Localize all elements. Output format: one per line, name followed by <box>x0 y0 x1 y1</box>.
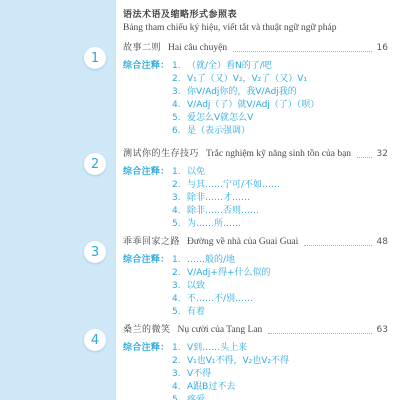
note-text: A跟B过不去 <box>187 381 388 394</box>
note-text: V₁了（又）V₂，V₂了（又）V₁ <box>187 73 388 86</box>
note-number: 4. <box>172 99 187 112</box>
section-title-row: 乖乖回家之路 Đường về nhà của Guai Guai 48 <box>123 236 388 249</box>
note-text: （就/全）看N的了/吧 <box>187 60 388 73</box>
note-row: 5.爱怎么V就怎么V <box>123 112 388 125</box>
note-text: 除非……否则…… <box>187 205 388 218</box>
notes-list: 综合注释：1.V到……头上来2.V₁也V₁不得，V₂也V₂不得3.V不得4.A跟… <box>123 342 388 400</box>
note-text: V₁也V₁不得，V₂也V₂不得 <box>187 355 388 368</box>
notes-label <box>123 86 172 99</box>
note-number: 1. <box>172 166 187 179</box>
notes-label <box>123 293 172 306</box>
toc-content: 语法术语及缩略形式参照表 Bảng tham chiếu ký hiệu, vi… <box>123 0 388 400</box>
section-title-zh: 乖乖回家之路 <box>123 236 180 249</box>
header-title-zh: 语法术语及缩略形式参照表 <box>123 8 388 22</box>
notes-list: 综合注释：1.以免2.与其……宁可/不如……3.除非……才……4.除非……否则…… <box>123 166 388 231</box>
note-number: 3. <box>172 368 187 381</box>
note-row: 4.V/Adj（了）就V/Adj（了）（呗） <box>123 99 388 112</box>
note-number: 1. <box>172 60 187 73</box>
section-title-zh: 故事二则 <box>123 42 161 55</box>
dotted-leader <box>268 333 371 334</box>
section-number-badge: 4 <box>84 329 106 351</box>
note-text: 与其……宁可/不如…… <box>187 179 388 192</box>
section-title-row: 测试你的生存技巧 Trắc nghiệm kỹ năng sinh tồn củ… <box>123 148 388 161</box>
notes-label <box>123 179 172 192</box>
note-text: V到……头上来 <box>187 342 388 355</box>
section-number-badge: 1 <box>84 47 106 69</box>
note-row: 3.V不得 <box>123 368 388 381</box>
note-row: 6.是（表示强调） <box>123 125 388 138</box>
section-number-badge: 3 <box>84 241 106 263</box>
section-number-badge: 2 <box>84 153 106 175</box>
note-text: 以免 <box>187 166 388 179</box>
note-row: 2.V₁也V₁不得，V₂也V₂不得 <box>123 355 388 368</box>
note-row: 2.V₁了（又）V₂，V₂了（又）V₁ <box>123 73 388 86</box>
note-number: 4. <box>172 381 187 394</box>
section-title-row: 故事二则 Hai câu chuyện 16 <box>123 42 388 55</box>
notes-label <box>123 205 172 218</box>
note-text: 是（表示强调） <box>187 125 388 138</box>
dotted-leader <box>233 51 371 52</box>
page-number: 63 <box>377 324 388 337</box>
note-row: 3.以致 <box>123 280 388 293</box>
toc-page: 语法术语及缩略形式参照表 Bảng tham chiếu ký hiệu, vi… <box>0 0 400 400</box>
note-text: 爱怎么V就怎么V <box>187 112 388 125</box>
note-number: 4. <box>172 293 187 306</box>
note-row: 4.不……不/别…… <box>123 293 388 306</box>
note-number: 4. <box>172 205 187 218</box>
note-number: 1. <box>172 342 187 355</box>
note-text: 你V/Adj你的，我V/Adj我的 <box>187 86 388 99</box>
note-number: 3. <box>172 192 187 205</box>
note-row: 5.疼爱 <box>123 394 388 400</box>
notes-label: 综合注释： <box>123 166 172 179</box>
note-text: 有着 <box>187 306 388 319</box>
section-title-vi: Đường về nhà của Guai Guai <box>187 236 298 249</box>
note-number: 2. <box>172 179 187 192</box>
note-text: 为……所…… <box>187 218 388 231</box>
note-row: 综合注释：1.以免 <box>123 166 388 179</box>
note-row: 4.除非……否则…… <box>123 205 388 218</box>
note-row: 综合注释：1.（就/全）看N的了/吧 <box>123 60 388 73</box>
notes-label <box>123 368 172 381</box>
note-number: 1. <box>172 254 187 267</box>
header-title-vi: Bảng tham chiếu ký hiệu, viết tắt và thu… <box>123 22 388 35</box>
toc-section: 乖乖回家之路 Đường về nhà của Guai Guai 48 综合注… <box>123 236 388 319</box>
toc-header: 语法术语及缩略形式参照表 Bảng tham chiếu ký hiệu, vi… <box>123 8 388 35</box>
notes-label <box>123 218 172 231</box>
section-title-vi: Hai câu chuyện <box>168 42 227 55</box>
section-title-vi: Nụ cười của Tang Lan <box>178 324 263 337</box>
dotted-leader <box>357 157 372 158</box>
note-text: 除非……才…… <box>187 192 388 205</box>
toc-section: 故事二则 Hai câu chuyện 16 综合注释：1.（就/全）看N的了/… <box>123 42 388 138</box>
note-text: V不得 <box>187 368 388 381</box>
note-number: 2. <box>172 73 187 86</box>
notes-label <box>123 280 172 293</box>
section-title-zh: 桑兰的微笑 <box>123 324 171 337</box>
note-row: 3.除非……才…… <box>123 192 388 205</box>
note-row: 2.与其……宁可/不如…… <box>123 179 388 192</box>
note-number: 5. <box>172 306 187 319</box>
note-row: 2.V/Adj+得+什么似的 <box>123 267 388 280</box>
dotted-leader <box>304 245 371 246</box>
notes-label <box>123 267 172 280</box>
notes-list: 综合注释：1.……般的/地2.V/Adj+得+什么似的3.以致4.不……不/别…… <box>123 254 388 319</box>
note-number: 3. <box>172 86 187 99</box>
notes-label <box>123 394 172 400</box>
note-number: 5. <box>172 112 187 125</box>
notes-label: 综合注释： <box>123 60 172 73</box>
note-text: V/Adj（了）就V/Adj（了）（呗） <box>187 99 388 112</box>
note-text: ……般的/地 <box>187 254 388 267</box>
note-text: 疼爱 <box>187 394 388 400</box>
note-number: 6. <box>172 125 187 138</box>
notes-label <box>123 355 172 368</box>
page-number: 32 <box>377 148 388 161</box>
note-number: 5. <box>172 394 187 400</box>
note-row: 4.A跟B过不去 <box>123 381 388 394</box>
note-text: V/Adj+得+什么似的 <box>187 267 388 280</box>
notes-list: 综合注释：1.（就/全）看N的了/吧2.V₁了（又）V₂，V₂了（又）V₁3.你… <box>123 60 388 138</box>
note-number: 2. <box>172 267 187 280</box>
notes-label <box>123 73 172 86</box>
section-title-row: 桑兰的微笑 Nụ cười của Tang Lan 63 <box>123 324 388 337</box>
toc-section: 测试你的生存技巧 Trắc nghiệm kỹ năng sinh tồn củ… <box>123 148 388 231</box>
page-number: 48 <box>377 236 388 249</box>
section-title-zh: 测试你的生存技巧 <box>123 148 199 161</box>
notes-label: 综合注释： <box>123 254 172 267</box>
note-row: 综合注释：1.V到……头上来 <box>123 342 388 355</box>
note-row: 5.为……所…… <box>123 218 388 231</box>
note-row: 综合注释：1.……般的/地 <box>123 254 388 267</box>
note-number: 2. <box>172 355 187 368</box>
note-text: 不……不/别…… <box>187 293 388 306</box>
toc-section: 桑兰的微笑 Nụ cười của Tang Lan 63 综合注释：1.V到…… <box>123 324 388 400</box>
notes-label <box>123 112 172 125</box>
note-number: 3. <box>172 280 187 293</box>
note-row: 5.有着 <box>123 306 388 319</box>
notes-label <box>123 306 172 319</box>
note-number: 5. <box>172 218 187 231</box>
notes-label <box>123 125 172 138</box>
section-title-vi: Trắc nghiệm kỹ năng sinh tồn của bạn <box>206 148 351 161</box>
notes-label <box>123 99 172 112</box>
notes-label: 综合注释： <box>123 342 172 355</box>
page-number: 16 <box>377 42 388 55</box>
notes-label <box>123 381 172 394</box>
notes-label <box>123 192 172 205</box>
note-row: 3.你V/Adj你的，我V/Adj我的 <box>123 86 388 99</box>
note-text: 以致 <box>187 280 388 293</box>
